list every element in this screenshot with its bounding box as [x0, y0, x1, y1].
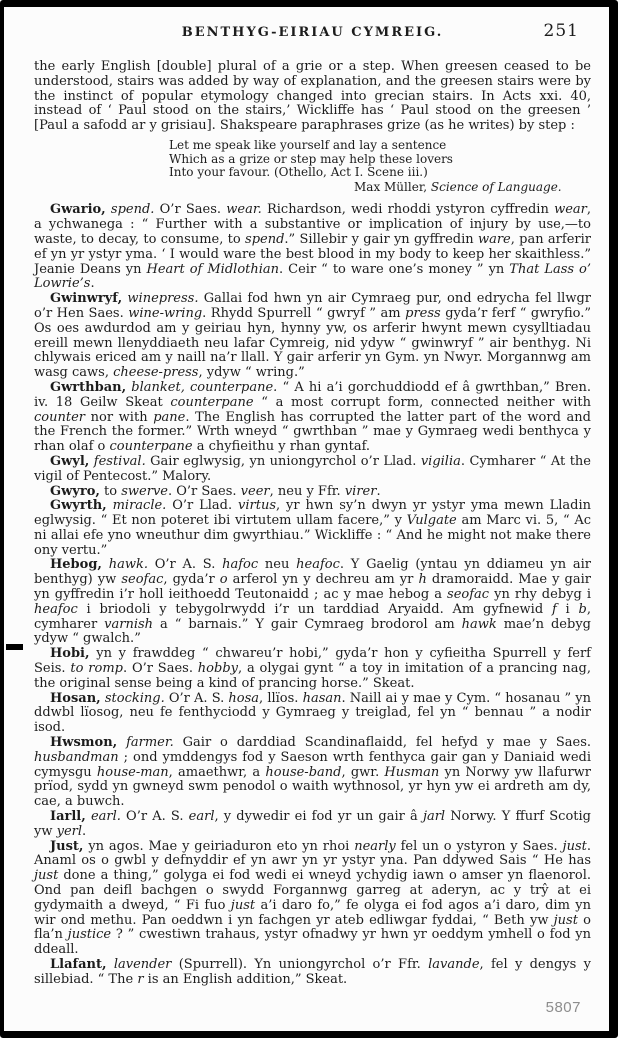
italic-term: wear. [226, 202, 262, 217]
page-content: BENTHYG-EIRIAU CYMREIG. 251 the early En… [4, 7, 609, 1031]
italic-term: wine-wring [128, 306, 202, 321]
italic-term: virtus [238, 498, 276, 513]
italic-term: ware [478, 232, 511, 247]
entry-headword: Gwyrth, [50, 498, 107, 513]
italic-term: yerl [57, 824, 82, 839]
italic-term: spend. [111, 202, 155, 217]
italic-term: hawk [462, 617, 497, 632]
dictionary-entry: Hebog, hawk. O’r A. S. hafoc neu heafoc.… [34, 558, 591, 647]
italic-term: varnish [104, 617, 153, 632]
dictionary-entry: Gwrthban, blanket, counterpane. “ A hi a… [34, 381, 591, 455]
italic-term: That Lass o’ Lowrie’s [34, 262, 591, 292]
italic-term: hawk. [109, 557, 148, 572]
italic-term: virer [345, 484, 377, 499]
dictionary-entry: Just, yn agos. Mae y geiriaduron eto yn … [34, 840, 591, 958]
entry-headword: Hwsmon, [50, 735, 117, 750]
italic-term: counterpane [109, 439, 192, 454]
italic-term: just [34, 868, 58, 883]
italic-term: husbandman [34, 750, 119, 765]
entry-headword: Iarll, [50, 809, 86, 824]
italic-term: f [552, 602, 557, 617]
italic-term: festival. [94, 454, 146, 469]
italic-term: press [405, 306, 441, 321]
italic-term: jarl [423, 809, 445, 824]
italic-term: just [231, 898, 255, 913]
entry-headword: Hebog, [50, 557, 102, 572]
dictionary-entry: Hobi, yn y frawddeg “ chwareu’r hobi,” g… [34, 647, 591, 691]
italic-term: hasan [303, 691, 342, 706]
italic-term: stocking. [105, 691, 165, 706]
italic-term: hobby [198, 661, 238, 676]
entry-headword: Llafant, [50, 957, 107, 972]
entry-headword: Gwyl, [50, 454, 89, 469]
italic-term: lavender [114, 957, 172, 972]
italic-term: counterpane [170, 395, 253, 410]
dictionary-entries: Gwario, spend. O’r Saes. wear. Richardso… [34, 203, 591, 987]
italic-term: cheese-press [113, 365, 198, 380]
margin-mark-artifact [6, 644, 23, 650]
italic-term: o [220, 572, 228, 587]
italic-term: spend [245, 232, 284, 247]
italic-term: winepress. [127, 291, 198, 306]
quote-line: Which as a grize or step may help these … [169, 153, 591, 167]
italic-term: hosa [228, 691, 259, 706]
attribution-author: Max Müller, [354, 180, 431, 194]
italic-term: pane [153, 410, 185, 425]
italic-term: hafoc [222, 557, 258, 572]
dictionary-entry: Gwyrth, miracle. O’r Llad. virtus, yr hw… [34, 499, 591, 558]
italic-term: counter [34, 410, 85, 425]
page-header: BENTHYG-EIRIAU CYMREIG. 251 [34, 25, 591, 51]
italic-term: earl. [91, 809, 121, 824]
italic-term: house-man [97, 765, 169, 780]
entry-headword: Hosan, [50, 691, 101, 706]
italic-term: earl [189, 809, 215, 824]
italic-term: Heart of Midlothian [147, 262, 280, 277]
italic-term: miracle. [113, 498, 167, 513]
dictionary-entry: Llafant, lavender (Spurrell). Yn uniongy… [34, 958, 591, 988]
italic-term: house-band [265, 765, 341, 780]
italic-term: to romp [70, 661, 123, 676]
italic-term: Vulgate [407, 513, 457, 528]
italic-term: just [554, 913, 578, 928]
quote-line: Let me speak like yourself and lay a sen… [169, 139, 591, 153]
italic-term: heafoc [296, 557, 340, 572]
italic-term: b [579, 602, 587, 617]
scanned-book-page: BENTHYG-EIRIAU CYMREIG. 251 the early En… [0, 0, 618, 1038]
intro-paragraph: the early English [double] plural of a g… [34, 60, 591, 134]
dictionary-entry: Iarll, earl. O’r A. S. earl, y dywedir e… [34, 810, 591, 840]
italic-term: r [137, 972, 143, 987]
dictionary-entry: Gwyl, festival. Gair eglwysig, yn uniong… [34, 455, 591, 485]
italic-term: wear [554, 202, 587, 217]
italic-term: vigilia [421, 454, 461, 469]
italic-term: swerve [121, 484, 168, 499]
attribution-work-title: Science of Language. [431, 180, 562, 194]
entry-headword: Hobi, [50, 646, 90, 661]
entry-headword: Just, [50, 839, 83, 854]
italic-term: justice [68, 927, 111, 942]
italic-term: h [418, 572, 426, 587]
italic-term: veer [241, 484, 270, 499]
entry-headword: Gwario, [50, 202, 106, 217]
italic-term: Husman [384, 765, 439, 780]
dictionary-entry: Gwinwryf, winepress. Gallai fod hwn yn a… [34, 292, 591, 381]
page-number: 251 [544, 21, 579, 41]
quote-attribution: Max Müller, Science of Language. [354, 181, 591, 195]
italic-term: just [563, 839, 587, 854]
dictionary-entry: Gwyro, to swerve. O’r Saes. veer, neu y … [34, 485, 591, 500]
scan-id-number: 5807 [546, 999, 581, 1016]
italic-term: lavande [428, 957, 479, 972]
italic-term: seofac [121, 572, 163, 587]
italic-term: heafoc [34, 602, 78, 617]
italic-term: seofac [447, 587, 489, 602]
quote-line: Into your favour. (Othello, Act I. Scene… [169, 166, 591, 180]
italic-term: blanket, counterpane. [131, 380, 277, 395]
dictionary-entry: Hosan, stocking. O’r A. S. hosa, llïos. … [34, 692, 591, 736]
italic-term: farmer. [126, 735, 174, 750]
running-title: BENTHYG-EIRIAU CYMREIG. [34, 25, 591, 40]
entry-headword: Gwrthban, [50, 380, 126, 395]
entry-headword: Gwinwryf, [50, 291, 122, 306]
verse-quote: Let me speak like yourself and lay a sen… [169, 139, 591, 180]
italic-term: nearly [354, 839, 396, 854]
dictionary-entry: Gwario, spend. O’r Saes. wear. Richardso… [34, 203, 591, 292]
entry-headword: Gwyro, [50, 484, 100, 499]
dictionary-entry: Hwsmon, farmer. Gair o darddiad Scandina… [34, 736, 591, 810]
